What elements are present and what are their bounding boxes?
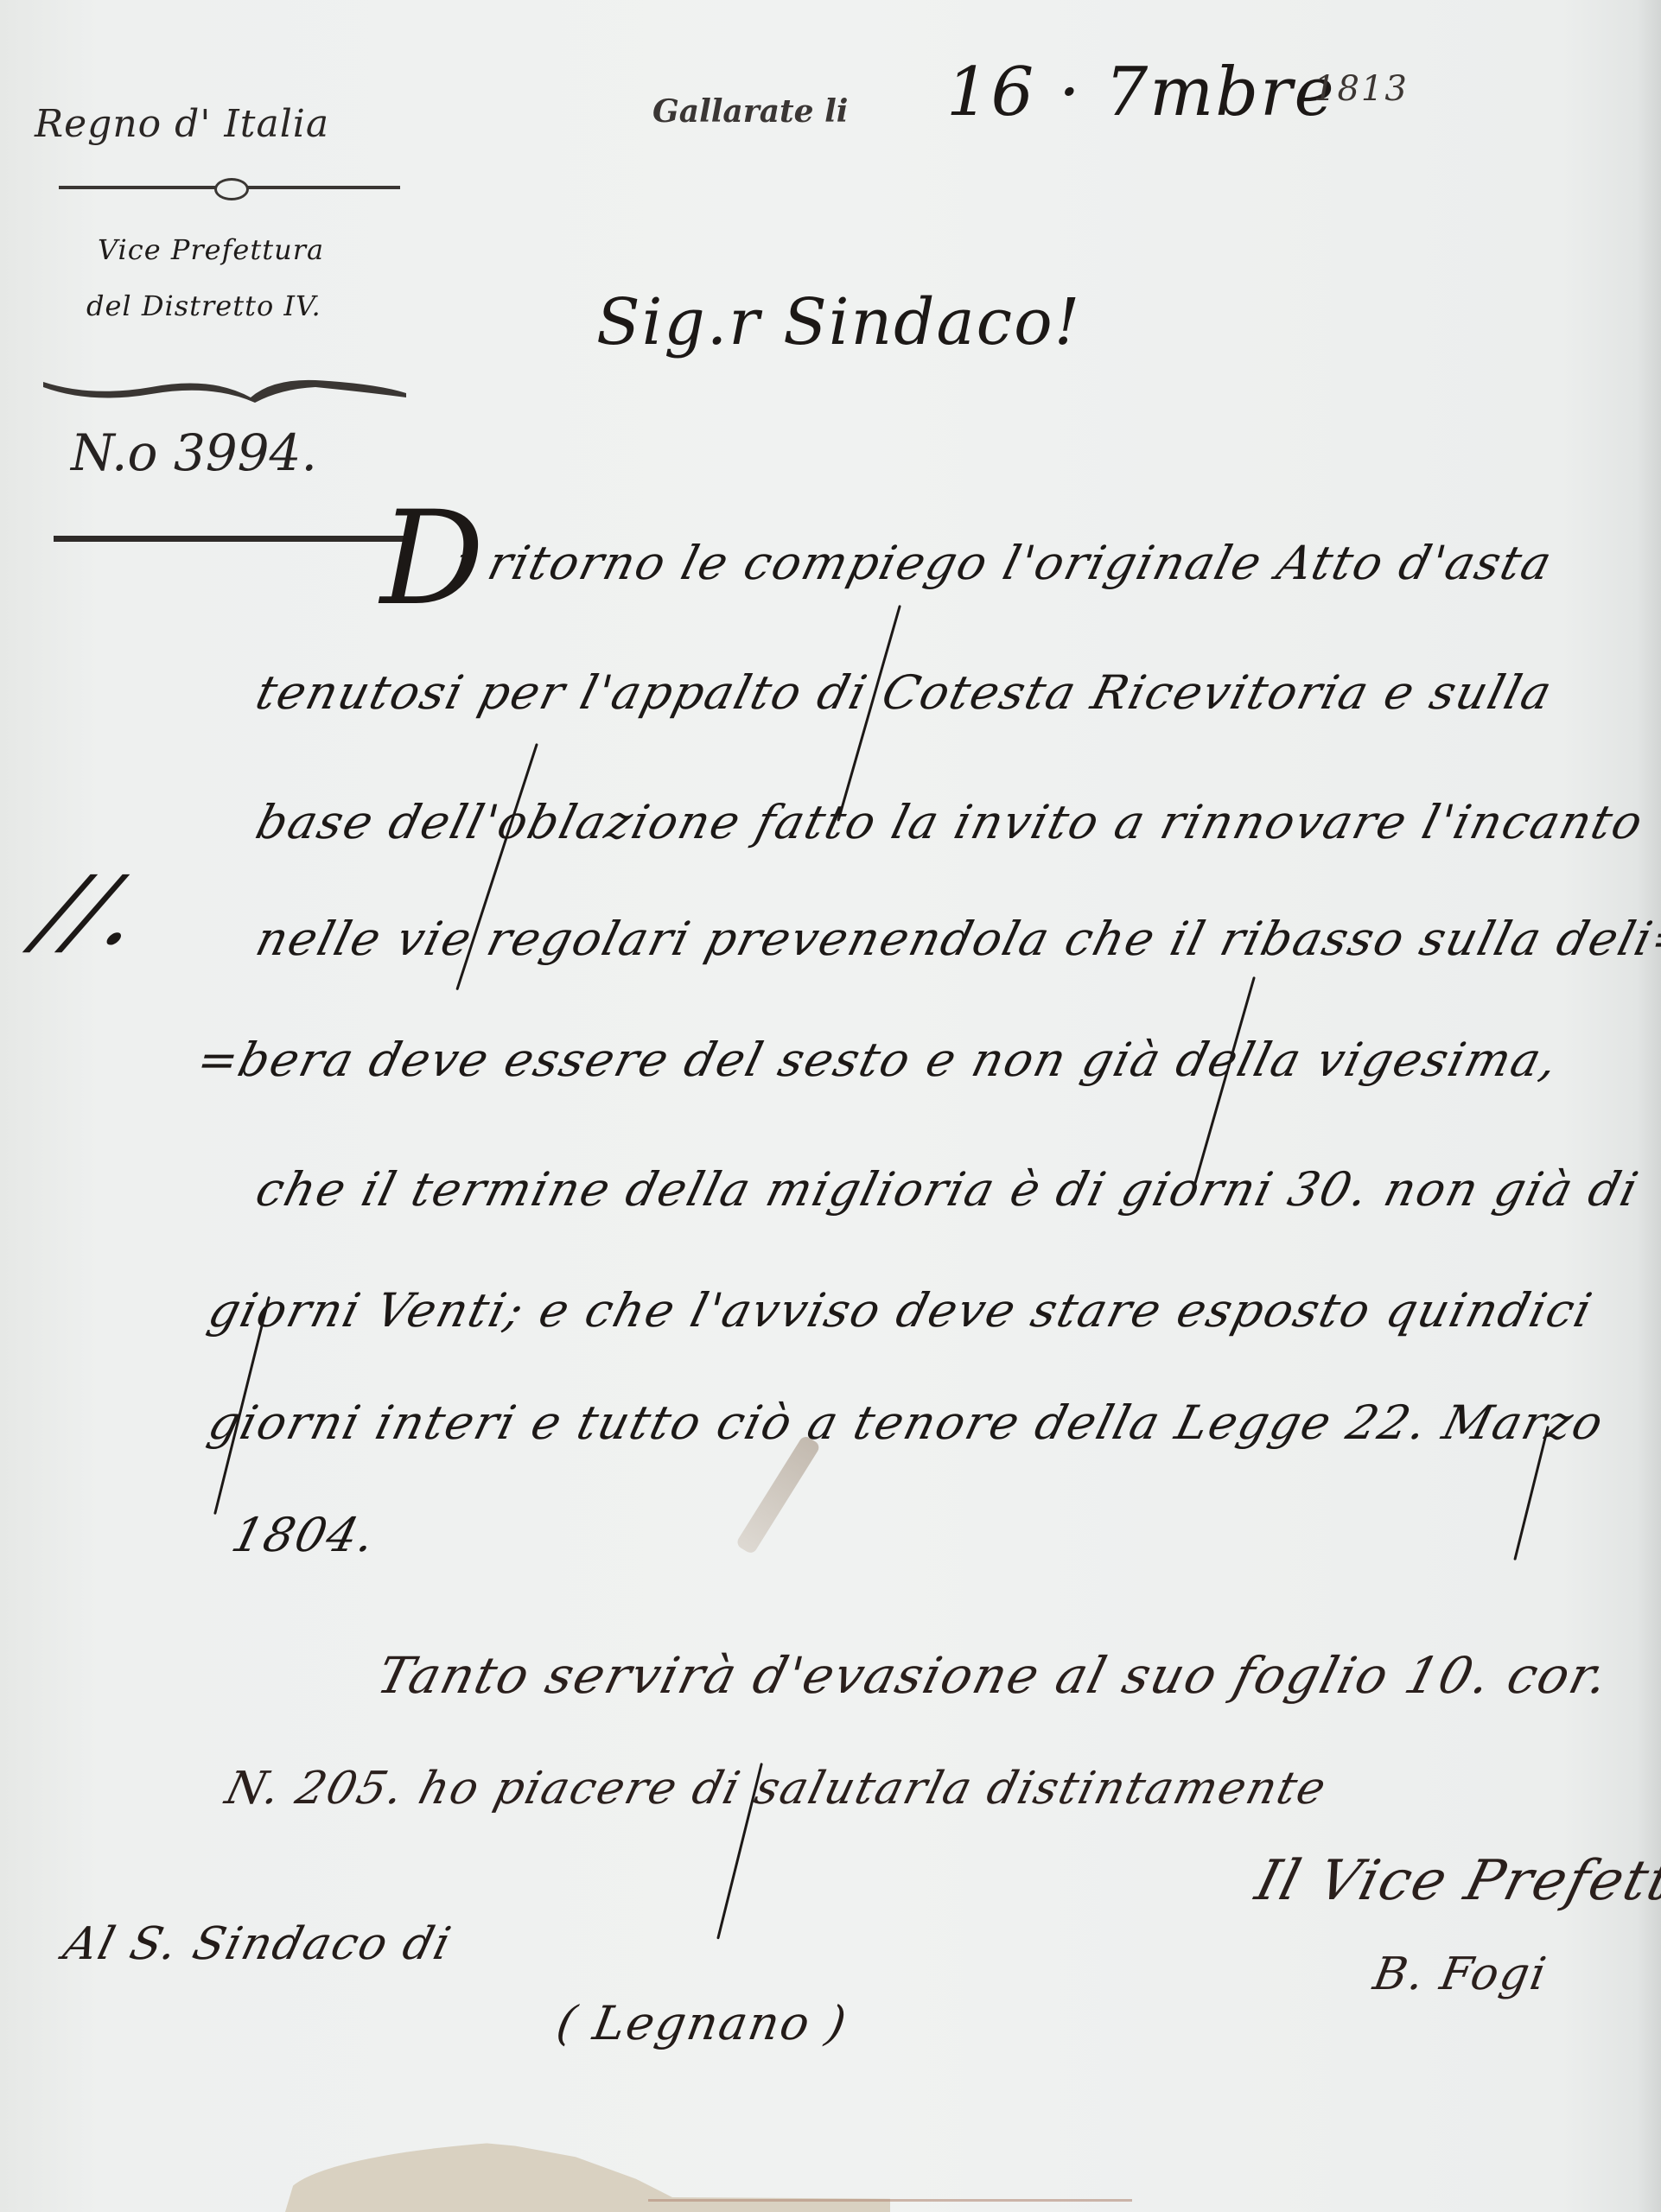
body-line: base dell'oblazione fatto la invito a ri… xyxy=(251,795,1650,849)
body-line: i ritorno le compiego l'originale Atto d… xyxy=(449,536,1558,590)
closing-line: N. 205. ho piacere di salutarla distinta… xyxy=(220,1763,1333,1815)
letterhead-title: Regno d' Italia xyxy=(35,102,329,146)
body-line: giorni interi e tutto ciò a tenore della… xyxy=(203,1395,1610,1450)
salutation: Sig.r Sindaco! xyxy=(596,285,1081,359)
letterhead-divider xyxy=(54,536,408,542)
addressee-line: Al S. Sindaco di xyxy=(59,1918,457,1970)
letterhead-office-line1: Vice Prefettura xyxy=(98,233,324,266)
swash-ornament-icon xyxy=(39,372,410,406)
addressee-town: ( Legnano ) xyxy=(552,1996,851,2050)
closing-line: Tanto servirà d'evasione al suo foglio 1… xyxy=(372,1646,1616,1705)
signature-name: B. Fogi xyxy=(1370,1948,1551,2000)
letterhead-office-line2: del Distretto IV. xyxy=(86,289,321,322)
place-label: Gallarate li xyxy=(652,93,848,130)
signature-title: Il Vice Prefetto xyxy=(1250,1849,1661,1913)
body-line: tenutosi per l'appalto di Cotesta Ricevi… xyxy=(251,665,1558,720)
body-line: giorni Venti; e che l'avviso deve stare … xyxy=(203,1283,1599,1338)
letterhead-ornamental-rule xyxy=(59,186,400,189)
date-day-month: 16 · 7mbre xyxy=(946,54,1336,131)
date-year: 1813 xyxy=(1314,69,1409,109)
body-line: che il termine della miglioria è di gior… xyxy=(251,1162,1645,1217)
protocol-number: N.o 3994. xyxy=(71,423,317,482)
body-line: nelle vie regolari prevenendola che il r… xyxy=(251,912,1661,966)
rosette-ornament-icon xyxy=(214,178,249,200)
body-line: 1804. xyxy=(226,1508,382,1562)
body-line: =bera deve essere del sesto e non già de… xyxy=(192,1033,1565,1087)
torn-edge xyxy=(648,2199,1132,2202)
